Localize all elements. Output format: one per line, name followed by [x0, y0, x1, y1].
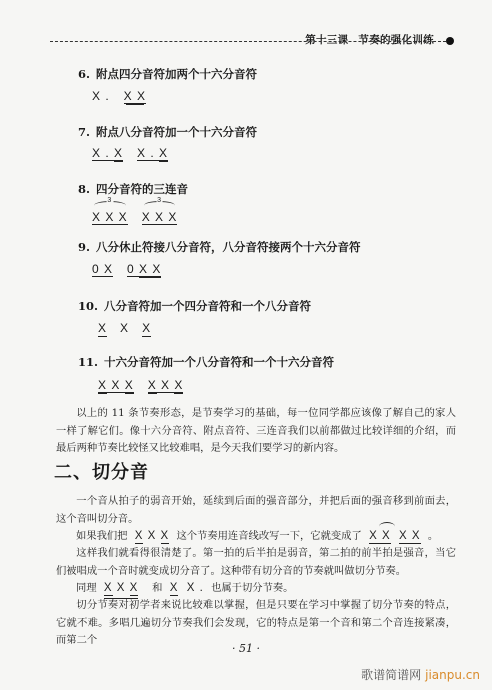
dotted-eighth-sixteen-1: X . X [92, 146, 123, 161]
lesson-number: 第十三课 [305, 34, 348, 46]
item-number: 8. [78, 182, 90, 196]
item-8-notation: 3X X X3X X X [92, 210, 177, 225]
page-number: · 51 · [0, 642, 492, 655]
section-paragraph-4: 同理 X X X 和 X X . 也属于切分节奏。 [56, 580, 456, 599]
item-9-notation: 0 X0 X X [92, 262, 161, 277]
item-number: 9. [78, 240, 90, 254]
item-label: 十六分音符加一个八分音符和一个十六分音符 [104, 355, 334, 369]
site-watermark: 歌谱简谱网jianpu.cn [361, 666, 480, 683]
paragraph-text: 同理 [76, 582, 97, 594]
paragraph-text: 如果我们把 [76, 530, 127, 542]
paragraph-text: 和 [152, 582, 162, 594]
item-7-title: 7.附点八分音符加一个十六分音符 [78, 124, 257, 140]
rest-eighth: 0 X [92, 262, 113, 277]
running-header: 第十三课节奏的强化训练 [305, 32, 434, 47]
item-number: 10. [78, 299, 98, 313]
item-11-notation: X X XX X X [98, 378, 183, 393]
rhythm-example-a: X X X [135, 530, 169, 542]
dotted-eighth-sixteen-2: X . X [137, 146, 168, 161]
item-number: 7. [78, 125, 90, 139]
section-paragraph-3: 这样我们就看得很清楚了。第一拍的后半拍是弱音，第二拍的前半拍是强音，当它们被唱成… [56, 545, 456, 580]
eighth-note: X [142, 321, 151, 337]
item-label: 附点四分音符加两个十六分音符 [96, 67, 257, 81]
syncopation-example-a: X X X [104, 582, 138, 594]
paragraph-text: 也属于切分节奏。 [211, 582, 293, 594]
quarter-note: X [120, 321, 129, 335]
paragraph-text: 一个音从拍子的弱音开始，延续到后面的强音部分，并把后面的强音移到前面去，这个音叫… [56, 495, 456, 525]
item-label: 八分休止符接八分音符，八分音符接两个十六分音符 [96, 240, 361, 254]
book-page: 第十三课节奏的强化训练 6.附点四分音符加两个十六分音符 X .X X 7.附点… [0, 0, 492, 690]
triplet-group-1: 3X X X [92, 210, 128, 225]
item-8-title: 8.四分音符的三连音 [78, 181, 188, 197]
item-11-title: 11.十六分音符加一个八分音符和一个十六分音符 [78, 354, 334, 370]
item-number: 11. [78, 355, 98, 369]
sixteenth-pair: X X [124, 89, 146, 104]
rest-eighth-sixteenths: 0 X X [127, 262, 161, 277]
item-6-title: 6.附点四分音符加两个十六分音符 [78, 66, 257, 82]
tie-arc [379, 522, 395, 531]
item-10-title: 10.八分音符加一个四分音符和一个八分音符 [78, 298, 311, 314]
paragraph-text: 。 [428, 530, 438, 542]
watermark-cn: 歌谱简谱网 [361, 668, 421, 682]
item-label: 四分音符的三连音 [96, 182, 188, 196]
item-10-notation: X X X [98, 321, 151, 335]
sixteen-eighth-sixteen-1: X X X [98, 378, 134, 393]
header-bullet-dot [446, 37, 454, 45]
syncopation-example-b: X X . [170, 582, 204, 594]
lesson-title: 节奏的强化训练 [358, 34, 434, 46]
paragraph-text: 这样我们就看得很清楚了。第一拍的后半拍是弱音，第二拍的前半拍是强音，当它们被唱成… [56, 547, 456, 577]
item-label: 附点八分音符加一个十六分音符 [96, 125, 257, 139]
intro-text: 以上的 11 条节奏形态，是节奏学习的基础，每一位同学都应该像了解自己的家人一样… [56, 407, 456, 454]
intro-paragraph: 以上的 11 条节奏形态，是节奏学习的基础，每一位同学都应该像了解自己的家人一样… [56, 405, 456, 458]
sixteen-eighth-sixteen-2: X X X [148, 378, 184, 393]
section-paragraph-2: 如果我们把 X X X 这个节奏用连音线改写一下，它就变成了 X X X X 。 [56, 528, 456, 546]
eighth-note: X [98, 321, 107, 337]
item-label: 八分音符加一个四分音符和一个八分音符 [104, 299, 311, 313]
paragraph-text: 这个节奏用连音线改写一下，它就变成了 [176, 530, 361, 542]
header-dashed-rule [50, 41, 446, 42]
syncopation-tied-example: X X X X [369, 530, 420, 542]
item-6-notation: X .X X [92, 89, 146, 104]
item-9-title: 9.八分休止符接八分音符，八分音符接两个十六分音符 [78, 239, 361, 255]
triplet-mark: 3 [156, 197, 163, 204]
triplet-group-2: 3X X X [142, 210, 178, 225]
triplet-mark: 3 [106, 197, 113, 204]
section-paragraph-1: 一个音从拍子的弱音开始，延续到后面的强音部分，并把后面的强音移到前面去，这个音叫… [56, 493, 456, 528]
item-7-notation: X . XX . X [92, 146, 168, 161]
watermark-en: jianpu.cn [425, 668, 480, 682]
dotted-quarter-note: X . [92, 89, 110, 103]
paragraph-text: 切分节奏对初学者来说比较难以掌握，但是只要在学习中掌握了切分节奏的特点，它就不难… [56, 599, 456, 646]
item-number: 6. [78, 67, 90, 81]
section-title: 二、切分音 [54, 458, 149, 484]
